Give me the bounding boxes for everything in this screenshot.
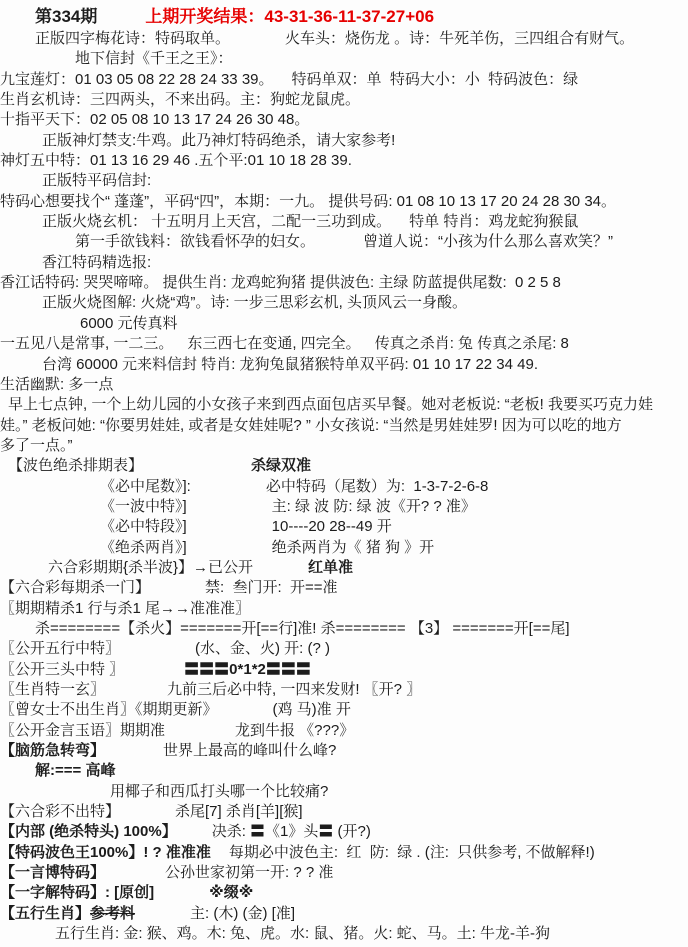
text-line: 特码心想要找个“ 蓬蓬”，平码“四”，本期：一九。 提供号码: 01 08 10… — [0, 192, 688, 212]
text-segment: 特码心想要找个“ 蓬蓬”，平码“四”，本期：一九。 提供号码: 01 08 10… — [0, 193, 616, 210]
text-line: 【六合彩不出特】杀尾[7] 杀肖[羊][猴] — [0, 802, 688, 822]
text-line: 早上七点钟, 一个上幼儿园的小女孩子来到西点面包店买早餐。她对老板说: “老板!… — [0, 395, 688, 415]
text-line: 香江话特码: 哭哭啼啼。 提供生肖: 龙鸡蛇狗猪 提供波色: 主绿 防蓝提供尾数… — [0, 273, 688, 293]
text-line: 【脑筋急转弯】世界上最高的峰叫什么峰? — [0, 741, 688, 761]
text-segment: 传真之杀肖: 兔 传真之杀尾: 8 — [375, 335, 569, 352]
text-line: 杀========【杀火】=======开[==行]准! 杀======== 【… — [0, 619, 688, 639]
text-line: 【一字解特码】: [原创]※缀※ — [0, 883, 688, 903]
header-row: 第334期上期开奖结果：43-31-36-11-37-27+06 — [0, 5, 688, 29]
text-segment: 【内部 (绝杀特头) 100%】 — [0, 823, 177, 840]
text-segment: 〖公开金言玉语〗期期准 — [0, 722, 165, 739]
text-segment: 生肖玄机诗：三四两头，不来出码。主：狗蛇龙鼠虎。 — [0, 91, 360, 108]
text-segment: 香江特码精选报: — [42, 254, 151, 271]
text-line: 〖公开金言玉语〗期期准龙到牛报 《???》 — [0, 721, 688, 741]
text-segment: 【五行生肖】 — [0, 905, 90, 922]
text-segment: 《绝杀两肖》] — [100, 539, 187, 556]
text-line: 十指平天下：02 05 08 10 13 17 24 26 30 48。 — [0, 110, 688, 130]
text-line: 多了一点。” — [0, 436, 688, 456]
text-segment: (水、金、火) 开: (? ) — [195, 640, 330, 657]
text-line: 正版神灯禁支:牛鸡。此乃神灯特码绝杀，请大家参考! — [0, 131, 688, 151]
text-segment: 九前三后必中特, 一四来发财! 〖开? 〗 — [167, 681, 421, 698]
text-segment: 〓〓〓0*1*2〓〓〓 — [184, 661, 311, 678]
text-line: 【五行生肖】参考料主: (木) (金) [准] — [0, 904, 688, 924]
text-segment: 6000 元传真料 — [80, 315, 178, 332]
text-line: 九宝莲灯：01 03 05 08 22 28 24 33 39。特码单双：单 特… — [0, 70, 688, 90]
text-segment: 【六合彩每期杀一门】 — [0, 579, 150, 596]
content-lines: 正版四字梅花诗：特码取单。火车头：烧伤龙 。诗：牛死羊伤，三四组合有财气。地下信… — [0, 29, 688, 944]
text-segment: 一五见八是常事, 一二三。 — [0, 335, 173, 352]
text-segment: 〖公开五行中特〗 — [0, 640, 120, 657]
text-line: 正版特平码信封: — [0, 171, 688, 191]
text-line: 【特码波色王100%】! ? 准准准每期必中波色主: 红 防: 绿 . (注: … — [0, 843, 688, 863]
text-segment: 地下信封《千王之王》： — [75, 50, 233, 67]
text-segment: 主: (木) (金) [准] — [190, 905, 295, 922]
text-line: 《必中特段》]10----20 28--49 开 — [0, 517, 688, 537]
text-line: 【六合彩每期杀一门】禁: 叁门开: 开==准 — [0, 578, 688, 598]
text-segment: 必中特码（尾数）为: 1-3-7-2-6-8 — [266, 478, 489, 495]
text-segment: 第一手欲钱料：欲钱看怀孕的妇女。 — [75, 233, 315, 250]
text-line: 娃。” 老板问她: “你要男娃娃, 或者是女娃娃呢? ” 小女孩说: “当然是男… — [0, 416, 688, 436]
text-line: 解:=== 高峰 — [0, 761, 688, 781]
text-segment: 正版火烧玄机： 十五明月上天宫，二配一三功到成。 — [42, 213, 391, 230]
text-segment: 〖曾女士不出生肖〗《期期更新》 — [0, 701, 218, 718]
lottery-tip-sheet: 第334期上期开奖结果：43-31-36-11-37-27+06 正版四字梅花诗… — [0, 0, 688, 947]
text-segment: 【一字解特码】: [原创] — [0, 884, 154, 901]
text-line: 生肖玄机诗：三四两头，不来出码。主：狗蛇龙鼠虎。 — [0, 90, 688, 110]
text-segment: 特码单双：单 特码大小：小 特码波色：绿 — [292, 71, 579, 88]
text-line: 台湾 60000 元来料信封 特肖: 龙狗兔鼠猪猴特单双平码: 01 10 17… — [0, 355, 688, 375]
text-segment: 每期必中波色主: 红 防: 绿 . (注: 只供参考, 不做解释!) — [229, 844, 595, 861]
text-segment: 【特码波色王100%】! ? 准准准 — [0, 844, 211, 861]
text-segment: 10----20 28--49 开 — [272, 518, 392, 535]
text-segment: 正版火烧图解: 火烧“鸡”。诗: 一步三思彩玄机, 头顶风云一身酸。 — [42, 294, 467, 311]
text-line: 第一手欲钱料：欲钱看怀孕的妇女。曾道人说：“小孩为什么那么喜欢笑？” — [0, 232, 688, 252]
text-line: 正版火烧玄机： 十五明月上天宫，二配一三功到成。特单 特肖：鸡龙蛇狗猴鼠 — [0, 212, 688, 232]
text-line: 【内部 (绝杀特头) 100%】决杀: 〓《1》头〓 (开?) — [0, 822, 688, 842]
text-line: 正版四字梅花诗：特码取单。火车头：烧伤龙 。诗：牛死羊伤，三四组合有财气。 — [0, 29, 688, 49]
last-draw-numbers: 43-31-36-11-37-27+06 — [264, 7, 434, 26]
text-line: 【波色绝杀排期表】杀绿双准 — [0, 456, 688, 476]
text-segment: 台湾 60000 元来料信封 特肖: 龙狗兔鼠猪猴特单双平码: 01 10 17… — [42, 356, 538, 373]
text-line: 《必中尾数》]:必中特码（尾数）为: 1-3-7-2-6-8 — [0, 477, 688, 497]
text-line: 地下信封《千王之王》： — [0, 49, 688, 69]
text-segment: 《必中尾数》]: — [100, 478, 191, 495]
text-segment: 公孙世家初第一开: ? ? 准 — [165, 864, 333, 881]
text-line: 正版火烧图解: 火烧“鸡”。诗: 一步三思彩玄机, 头顶风云一身酸。 — [0, 293, 688, 313]
text-line: 〖期期精杀1 行与杀1 尾→→准准准〗 — [0, 599, 688, 619]
text-segment: 世界上最高的峰叫什么峰? — [163, 742, 336, 759]
text-segment: 五行生肖: 金: 猴、鸡。木: 兔、虎。水: 鼠、猪。火: 蛇、马。土: 牛龙-… — [55, 925, 550, 942]
text-segment: 决杀: 〓《1》头〓 (开?) — [212, 823, 371, 840]
text-segment: 正版神灯禁支:牛鸡。此乃神灯特码绝杀，请大家参考! — [42, 132, 395, 149]
text-segment: 曾道人说：“小孩为什么那么喜欢笑？” — [363, 233, 613, 250]
text-segment: 杀尾[7] 杀肖[羊][猴] — [175, 803, 303, 820]
text-segment: 《必中特段》] — [100, 518, 187, 535]
text-segment: 九宝莲灯：01 03 05 08 22 28 24 33 39。 — [0, 71, 274, 88]
text-segment: 【六合彩不出特】 — [0, 803, 120, 820]
issue-number: 第334期 — [35, 7, 97, 26]
text-segment: 《一波中特》] — [100, 498, 187, 515]
text-line: 6000 元传真料 — [0, 314, 688, 334]
text-segment: 用椰子和西瓜打头哪一个比较痛? — [110, 783, 328, 800]
text-segment: 参考料 — [90, 905, 135, 922]
text-segment: 杀========【杀火】=======开[==行]准! 杀======== 【… — [35, 620, 570, 637]
text-line: 五行生肖: 金: 猴、鸡。木: 兔、虎。水: 鼠、猪。火: 蛇、马。土: 牛龙-… — [0, 924, 688, 944]
text-segment: 红单准 — [308, 559, 353, 576]
last-draw-label: 上期开奖结果： — [145, 7, 264, 26]
text-line: 〖生肖特一玄〗九前三后必中特, 一四来发财! 〖开? 〗 — [0, 680, 688, 700]
text-line: 〖公开五行中特〗(水、金、火) 开: (? ) — [0, 639, 688, 659]
text-segment: 主: 绿 波 防: 绿 波《开? ? 准》 — [272, 498, 476, 515]
text-segment: 禁: 叁门开: 开==准 — [205, 579, 338, 596]
text-segment: 〖公开三头中特 〗 — [0, 661, 124, 678]
text-segment: 特单 特肖：鸡龙蛇狗猴鼠 — [409, 213, 578, 230]
text-line: 《一波中特》]主: 绿 波 防: 绿 波《开? ? 准》 — [0, 497, 688, 517]
text-segment: 解:=== 高峰 — [35, 762, 115, 779]
text-segment: 【脑筋急转弯】 — [0, 742, 105, 759]
text-segment: 【波色绝杀排期表】 — [8, 457, 143, 474]
text-segment: ※缀※ — [209, 884, 253, 901]
text-segment: 火车头：烧伤龙 。诗：牛死羊伤，三四组合有财气。 — [285, 30, 634, 47]
text-segment: 杀绿双准 — [251, 457, 311, 474]
text-segment: 正版特平码信封: — [42, 172, 151, 189]
text-segment: 绝杀两肖为《 猪 狗 》开 — [272, 539, 435, 556]
text-line: 【一言博特码】公孙世家初第一开: ? ? 准 — [0, 863, 688, 883]
text-line: 用椰子和西瓜打头哪一个比较痛? — [0, 782, 688, 802]
text-line: 〖曾女士不出生肖〗《期期更新》(鸡 马)准 开 — [0, 700, 688, 720]
text-segment: 六合彩期期{杀半波}】→已公开 — [48, 559, 253, 576]
text-segment: 神灯五中特：01 13 16 29 46 .五个平:01 10 18 28 39… — [0, 152, 352, 169]
text-segment: 东三西七在变通, 四完全。 — [187, 335, 360, 352]
text-line: 神灯五中特：01 13 16 29 46 .五个平:01 10 18 28 39… — [0, 151, 688, 171]
text-segment: 十指平天下：02 05 08 10 13 17 24 26 30 48。 — [0, 111, 309, 128]
text-line: 六合彩期期{杀半波}】→已公开红单准 — [0, 558, 688, 578]
text-segment: 生活幽默: 多一点 — [0, 376, 113, 393]
text-line: 一五见八是常事, 一二三。东三西七在变通, 四完全。传真之杀肖: 兔 传真之杀尾… — [0, 334, 688, 354]
text-line: 《绝杀两肖》]绝杀两肖为《 猪 狗 》开 — [0, 538, 688, 558]
text-segment: 娃。” 老板问她: “你要男娃娃, 或者是女娃娃呢? ” 小女孩说: “当然是男… — [0, 417, 622, 434]
text-segment: 〖生肖特一玄〗 — [0, 681, 105, 698]
text-segment: 正版四字梅花诗：特码取单。 — [35, 30, 230, 47]
text-line: 〖公开三头中特 〗〓〓〓0*1*2〓〓〓 — [0, 660, 688, 680]
text-segment: 龙到牛报 《???》 — [235, 722, 354, 739]
text-line: 香江特码精选报: — [0, 253, 688, 273]
text-segment: 多了一点。” — [0, 437, 73, 454]
text-segment: 〖期期精杀1 行与杀1 尾→→准准准〗 — [0, 600, 250, 617]
text-segment: 香江话特码: 哭哭啼啼。 提供生肖: 龙鸡蛇狗猪 提供波色: 主绿 防蓝提供尾数… — [0, 274, 561, 291]
text-segment: 早上七点钟, 一个上幼儿园的小女孩子来到西点面包店买早餐。她对老板说: “老板!… — [8, 396, 653, 413]
last-draw-result: 上期开奖结果：43-31-36-11-37-27+06 — [145, 7, 434, 26]
text-line: 生活幽默: 多一点 — [0, 375, 688, 395]
text-segment: (鸡 马)准 开 — [273, 701, 351, 718]
text-segment: 【一言博特码】 — [0, 864, 105, 881]
